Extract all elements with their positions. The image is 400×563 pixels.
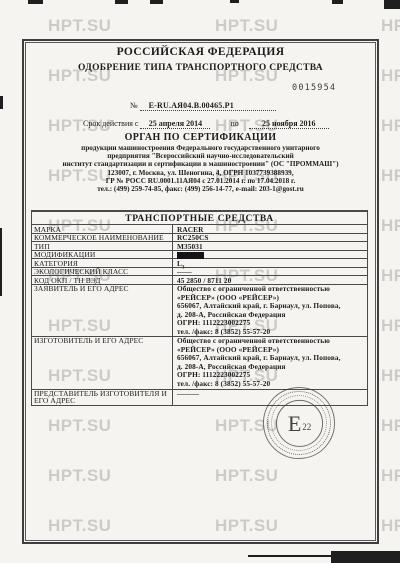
scan-artifact — [248, 555, 333, 557]
table-row-commercial-name: КОММЕРЧЕСКОЕ НАИМЕНОВАНИЕ RC250CS — [32, 234, 367, 243]
valid-to-date: 25 ноября 2016 — [249, 119, 329, 129]
authority-line: 123007, г. Москва, ул. Шеногина, 4, ОГРН… — [24, 169, 377, 177]
row-value: —— — [173, 268, 367, 276]
authority-line: предприятия "Всероссийский научно-исслед… — [24, 152, 377, 160]
watermark: HPT.SU — [381, 316, 400, 336]
table-row-modifications: МОДИФИКАЦИИ — [32, 251, 367, 260]
table-heading-row: ТРАНСПОРТНЫЕ СРЕДСТВА — [32, 212, 367, 225]
serial-number: 0015954 — [292, 83, 336, 93]
validity-middle: по — [230, 119, 238, 128]
scan-artifact — [0, 96, 3, 109]
row-label: ИЗГОТОВИТЕЛЬ И ЕГО АДРЕС — [32, 337, 173, 389]
scan-artifact — [28, 0, 43, 4]
row-label: ТИП — [32, 242, 173, 250]
watermark: HPT.SU — [381, 116, 400, 136]
watermark: HPT.SU — [381, 266, 400, 286]
scan-artifact — [332, 0, 343, 4]
scan-artifact — [0, 228, 2, 296]
row-label: ЭКОЛОГИЧЕСКИЙ КЛАСС — [32, 268, 173, 276]
scanned-certificate-page: { "watermark": { "text": "HPT.SU" }, "he… — [0, 0, 400, 563]
watermark: HPT.SU — [381, 216, 400, 236]
country-title: РОССИЙСКАЯ ФЕДЕРАЦИЯ — [24, 46, 377, 58]
watermark: HPT.SU — [381, 516, 400, 536]
stamp-number: 22 — [302, 422, 311, 432]
authority-line: тел.: (499) 259-74-85, факс: (499) 256-1… — [24, 185, 377, 193]
row-label: ЗАЯВИТЕЛЬ И ЕГО АДРЕС — [32, 285, 173, 336]
watermark: HPT.SU — [215, 16, 278, 36]
row-value: RC250CS — [173, 234, 367, 242]
number-label: № — [130, 101, 138, 110]
row-value: RACER — [173, 225, 367, 233]
authority-description: продукции машиностроения Федерального го… — [24, 144, 377, 193]
validity-prefix: Срок действия с — [83, 119, 138, 128]
row-value: Общество с ограниченной ответственностью… — [173, 285, 367, 336]
authority-line: продукции машиностроения Федерального го… — [24, 144, 377, 152]
table-row-eco-class: ЭКОЛОГИЧЕСКИЙ КЛАСС —— — [32, 268, 367, 277]
watermark: HPT.SU — [381, 366, 400, 386]
redacted-value — [177, 252, 204, 259]
watermark: HPT.SU — [381, 416, 400, 436]
watermark: HPT.SU — [381, 466, 400, 486]
document-title: ОДОБРЕНИЕ ТИПА ТРАНСПОРТНОГО СРЕДСТВА — [24, 63, 377, 73]
row-value — [173, 251, 367, 259]
row-value: 45 2850 / 8711 20 — [173, 276, 367, 284]
watermark: HPT.SU — [381, 16, 400, 36]
table-heading: ТРАНСПОРТНЫЕ СРЕДСТВА — [125, 214, 273, 224]
valid-from-date: 25 апреля 2014 — [140, 119, 210, 129]
scan-artifact — [115, 0, 128, 4]
row-label: МОДИФИКАЦИИ — [32, 251, 173, 259]
approval-number: E-RU.АЯ04.В.00465.Р1 — [140, 101, 276, 111]
approval-number-line: № E-RU.АЯ04.В.00465.Р1 — [130, 101, 276, 111]
row-label: КОД ОКП / ТН ВЭД — [32, 276, 173, 284]
row-label: ПРЕДСТАВИТЕЛЬ ИЗГОТОВИТЕЛЯ И ЕГО АДРЕС — [32, 390, 173, 405]
certificate-document: РОССИЙСКАЯ ФЕДЕРАЦИЯ ОДОБРЕНИЕ ТИПА ТРАН… — [22, 39, 379, 544]
stamp-center: E 22 — [276, 400, 323, 447]
row-label: КАТЕГОРИЯ — [32, 259, 173, 267]
scan-artifact — [331, 551, 400, 563]
authority-line: институт стандартизации и сертификации в… — [24, 160, 377, 168]
table-row-manufacturer: ИЗГОТОВИТЕЛЬ И ЕГО АДРЕС Общество с огра… — [32, 337, 367, 390]
scan-artifact — [230, 0, 239, 3]
row-label: МАРКА — [32, 225, 173, 233]
row-value: L3 — [173, 259, 367, 267]
watermark: HPT.SU — [381, 166, 400, 186]
stamp-letter: E — [287, 412, 300, 434]
authority-heading: ОРГАН ПО СЕРТИФИКАЦИИ — [24, 132, 377, 143]
scan-artifact — [150, 0, 163, 4]
table-row-applicant: ЗАЯВИТЕЛЬ И ЕГО АДРЕС Общество с огранич… — [32, 285, 367, 337]
row-value: Общество с ограниченной ответственностью… — [173, 337, 367, 389]
watermark: HPT.SU — [48, 16, 111, 36]
vehicle-table: ТРАНСПОРТНЫЕ СРЕДСТВА МАРКА RACER КОММЕР… — [31, 210, 368, 406]
watermark: HPT.SU — [381, 66, 400, 86]
scan-artifact — [384, 0, 400, 9]
row-value: M35031 — [173, 242, 367, 250]
authority-line: ГР № РОСС RU.0001.11АЯ04 с 27.01.2014 г.… — [24, 177, 377, 185]
row-label: КОММЕРЧЕСКОЕ НАИМЕНОВАНИЕ — [32, 234, 173, 242]
validity-line: Срок действия с 25 апреля 2014 по 25 ноя… — [83, 119, 329, 129]
